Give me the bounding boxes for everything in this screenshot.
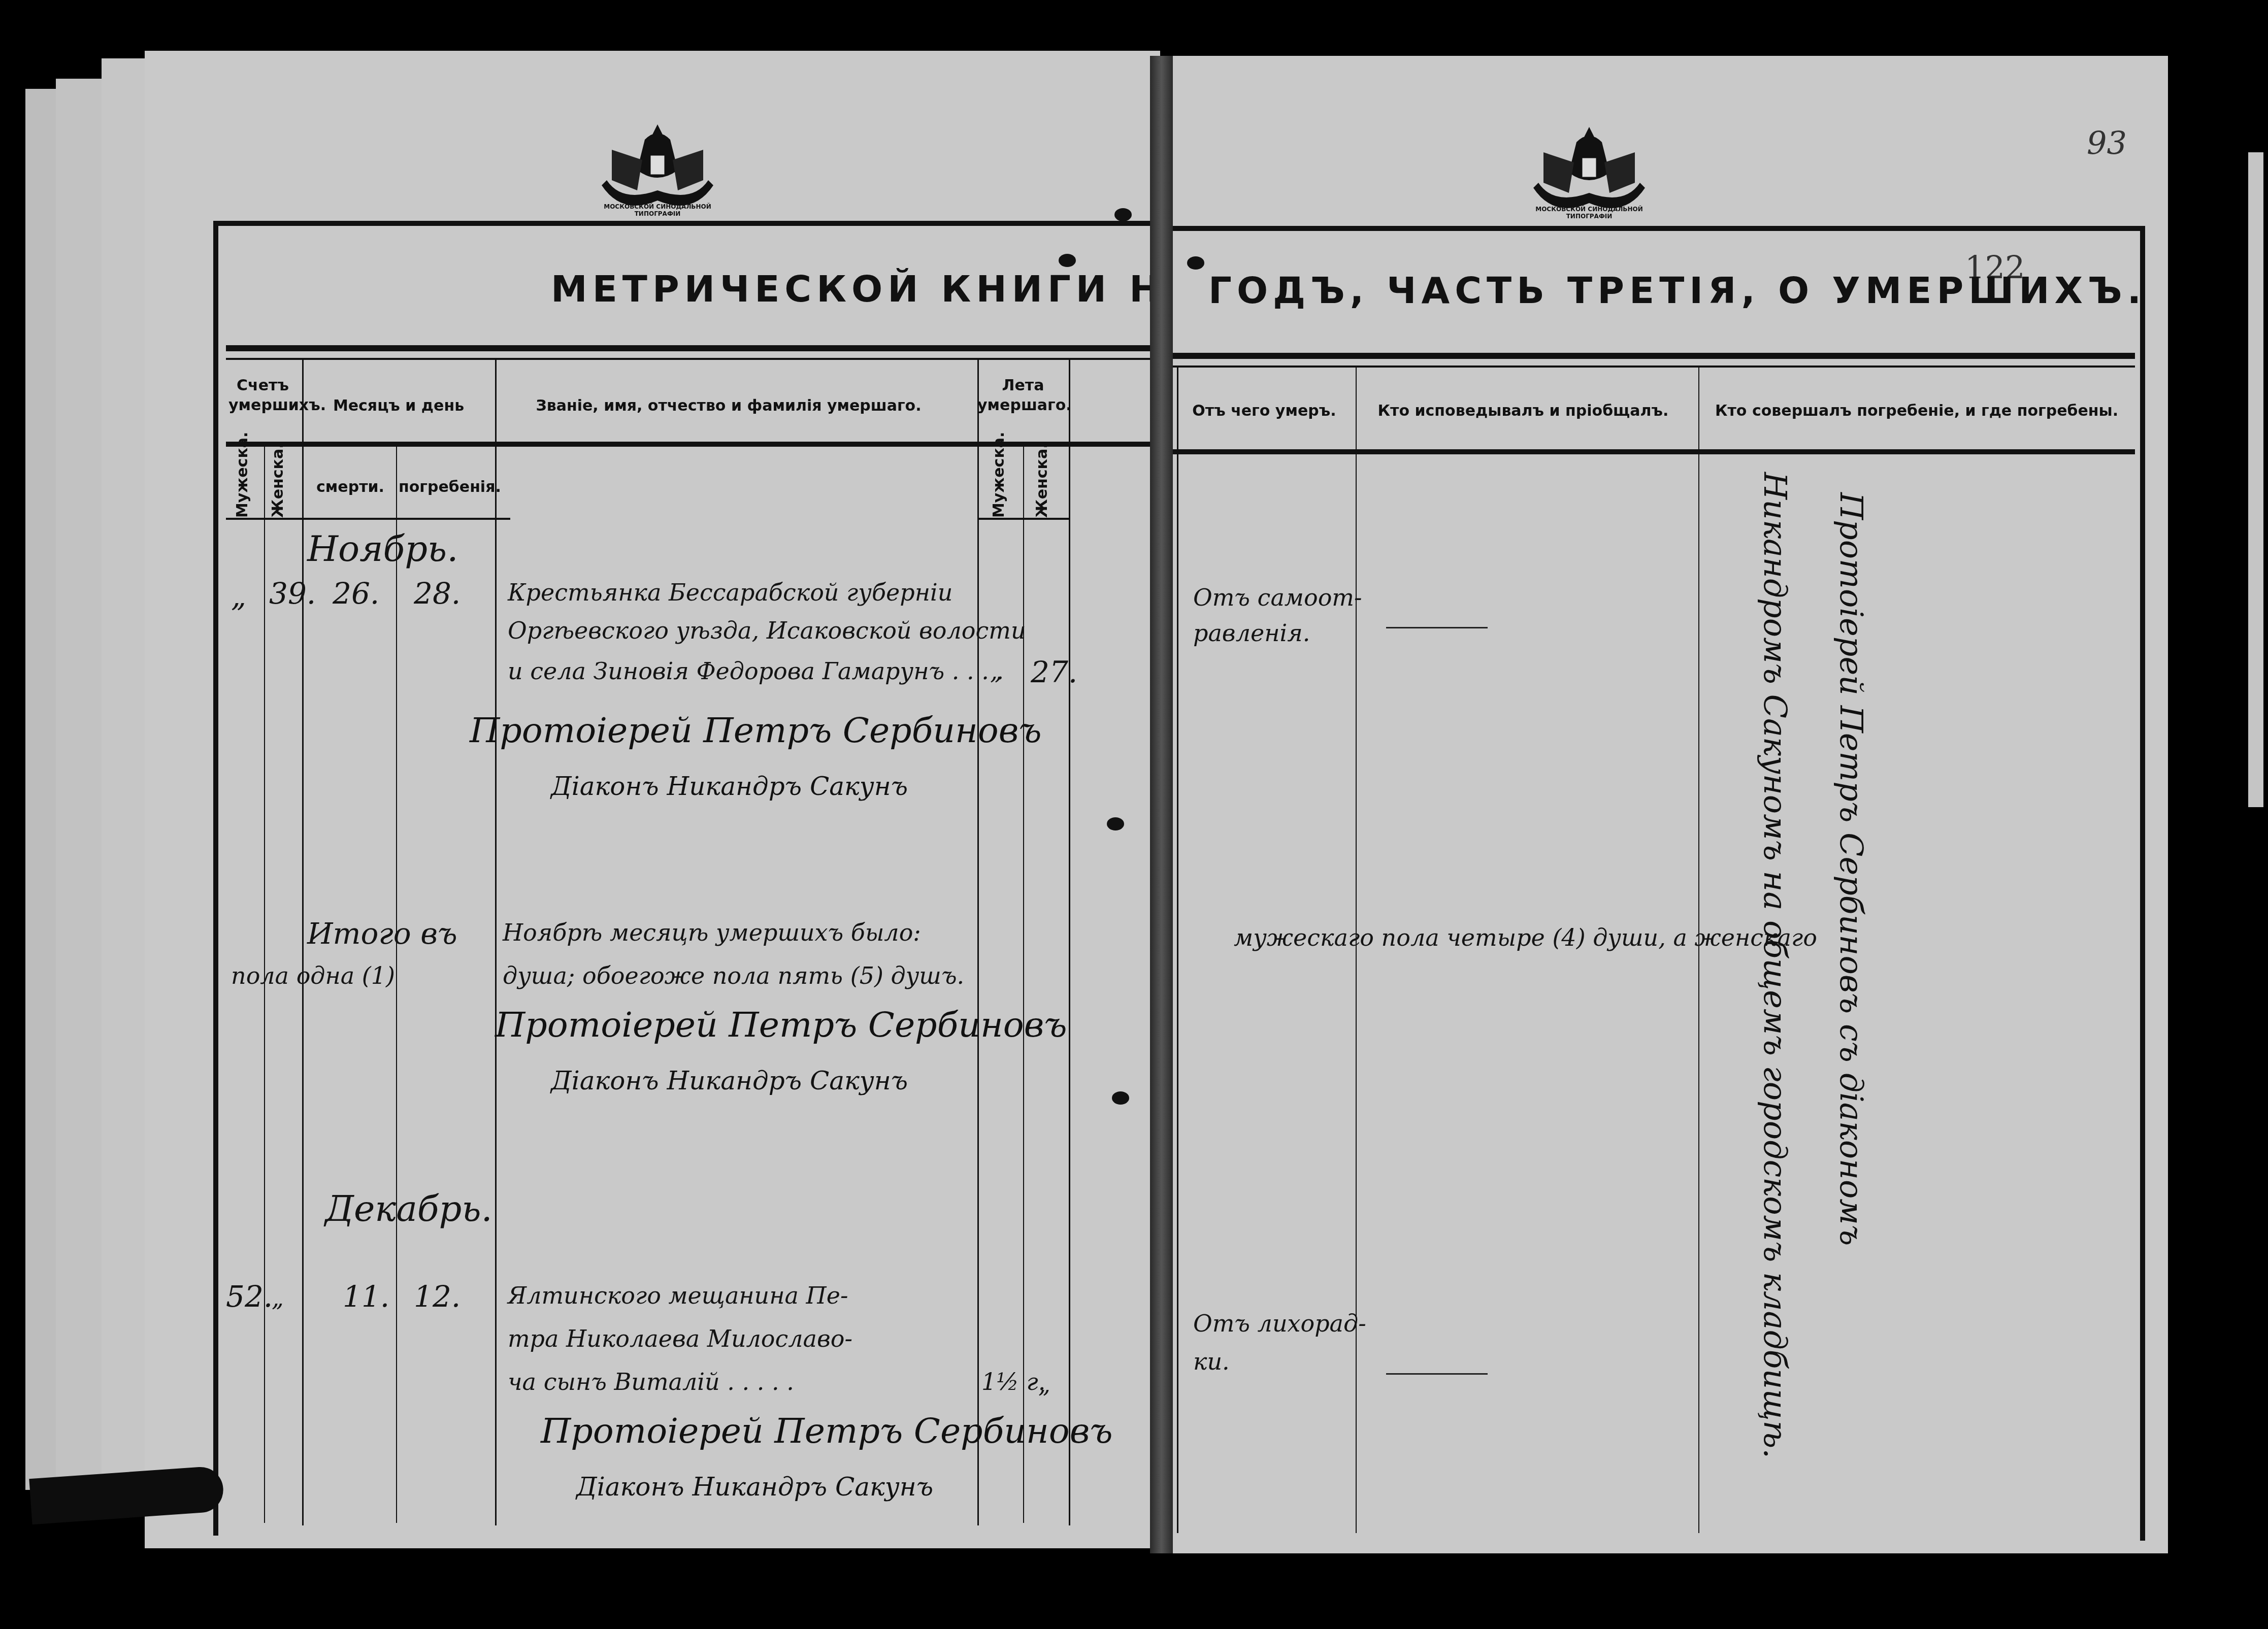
header-rule bbox=[226, 345, 1180, 351]
entry-2-signature-deacon: Діаконъ Никандръ Сакунъ bbox=[576, 1472, 933, 1502]
entry-1-count-female: 39. bbox=[269, 576, 316, 611]
entry-1-cause-line-2: равленія. bbox=[1193, 619, 1310, 647]
entry-2-cause-line-2: ки. bbox=[1193, 1348, 1230, 1375]
imperial-eagle-crest-icon bbox=[1528, 122, 1650, 218]
col-header-cause: Отъ чего умеръ. bbox=[1183, 401, 1345, 421]
binding-stitch bbox=[1112, 1091, 1129, 1105]
col-header-confessor: Кто исповедывалъ и пріобщалъ. bbox=[1361, 401, 1686, 421]
entry-1-count-male: „ bbox=[231, 579, 246, 613]
entry-2-signature-priest: Протоіерей Петръ Сербиновъ bbox=[541, 1411, 1113, 1451]
header-rule-thin bbox=[226, 358, 1180, 360]
col-header-age-female: Женска. bbox=[1033, 452, 1051, 518]
entry-1-month: Ноябрь. bbox=[307, 528, 458, 570]
col-header-age: Лета умершаго. bbox=[977, 376, 1069, 415]
entry-2-identity-line-1: Ялтинского мещанина Пе- bbox=[508, 1282, 848, 1309]
col-line bbox=[1023, 447, 1024, 1523]
right-page: МОСКОВСКОЙ СИНОДАЛЬНОЙ ТИПОГРАФІИ 122 ГО… bbox=[1173, 56, 2168, 1553]
entry-2-burial-day: 12. bbox=[414, 1279, 461, 1314]
binding-stitch bbox=[1114, 208, 1132, 221]
entry-1-identity-line-2: Оргѣевского уѣзда, Исаковской волости bbox=[508, 617, 1026, 644]
crest-ribbon-text: МОСКОВСКОЙ СИНОДАЛЬНОЙ ТИПОГРАФІИ bbox=[591, 203, 724, 217]
entry-2-age-female: „ bbox=[1038, 1371, 1050, 1398]
col-header-count: Счетъ умершихъ. bbox=[228, 376, 297, 415]
col-header-burial-by: Кто совершалъ погребеніе, и где погребен… bbox=[1701, 401, 2132, 421]
total-signature-priest: Протоіерей Петръ Сербиновъ bbox=[495, 1005, 1067, 1045]
col-header-count-female: Женска. bbox=[269, 452, 287, 518]
col-header-burial: погребенія. bbox=[399, 477, 490, 497]
subheader-bottom-rule bbox=[226, 518, 510, 520]
binding-stitch bbox=[1107, 817, 1124, 830]
total-signature-deacon: Діаконъ Никандръ Сакунъ bbox=[551, 1066, 908, 1095]
col-header-identity: Званіе, имя, отчество и фамилія умершаго… bbox=[500, 396, 957, 416]
crest-ribbon-text: МОСКОВСКОЙ СИНОДАЛЬНОЙ ТИПОГРАФІИ bbox=[1523, 206, 1655, 220]
entry-1-burial-day: 28. bbox=[414, 576, 461, 611]
total-line-2-main: душа; обоегоже пола пять (5) душъ. bbox=[503, 962, 964, 989]
col-line bbox=[495, 358, 497, 1525]
col-header-count-male: Мужеска. bbox=[234, 452, 251, 518]
entry-1-signature-deacon: Діаконъ Никандръ Сакунъ bbox=[551, 772, 908, 801]
entry-1-identity-line-1: Крестьянка Бессарабской губерніи bbox=[508, 579, 952, 606]
col-header-death: смерти. bbox=[307, 477, 393, 497]
entry-1-cause-line-1: Отъ самоот- bbox=[1193, 584, 1362, 611]
entry-2-identity-line-3: ча сынъ Виталій . . . . . bbox=[508, 1368, 794, 1395]
burial-by-line-2: Никандромъ Сакуномъ на общемъ городскомъ… bbox=[1757, 472, 1794, 1458]
total-line-1-right: мужескаго пола четыре (4) души, а женска… bbox=[1234, 924, 1817, 951]
total-line-1-left: Итого въ bbox=[307, 916, 457, 951]
entry-2-month: Декабрь. bbox=[325, 1188, 492, 1229]
subheader-rule bbox=[1173, 449, 2135, 454]
left-page: МОСКОВСКОЙ СИНОДАЛЬНОЙ ТИПОГРАФІИ МЕТРИЧ… bbox=[145, 51, 1160, 1548]
total-line-2-left: пола одна (1) bbox=[231, 962, 395, 989]
entry-2-count-female: „ bbox=[272, 1284, 284, 1312]
entry-1-age-male: „ bbox=[990, 657, 1002, 685]
right-table-frame bbox=[1173, 226, 2145, 1541]
header-rule bbox=[1173, 353, 2135, 359]
entry-1-identity-line-3: и села Зиновія Федорова Гамарунъ . . . . bbox=[508, 657, 1004, 685]
entry-2-identity-line-2: тра Николаева Милославо- bbox=[508, 1325, 852, 1352]
entry-1-death-day: 26. bbox=[333, 576, 379, 611]
entry-2-age-male: 1½ г. bbox=[981, 1368, 1045, 1395]
col-line bbox=[977, 358, 979, 1525]
col-line bbox=[302, 358, 304, 1525]
paper-sliver bbox=[2248, 152, 2263, 807]
entry-1-signature-priest: Протоіерей Петръ Сербиновъ bbox=[470, 711, 1042, 751]
entry-2-death-day: 11. bbox=[343, 1279, 389, 1314]
total-line-1-main: Ноябрѣ месяцѣ умершихъ было: bbox=[503, 919, 921, 946]
col-line bbox=[396, 447, 397, 1523]
burial-by-line-1: Протоіерей Петръ Сербиновъ съ діакономъ bbox=[1833, 492, 1870, 1246]
entry-2-confessor-dash bbox=[1386, 1373, 1488, 1375]
col-line bbox=[1177, 365, 1178, 1533]
imperial-eagle-crest-icon bbox=[597, 119, 718, 216]
binding-gutter bbox=[1150, 56, 1173, 1553]
entry-2-count-male: 52. bbox=[226, 1279, 273, 1314]
entry-1-age-female: 27. bbox=[1031, 655, 1077, 689]
entry-2-cause-line-1: Отъ лихорад- bbox=[1193, 1310, 1366, 1337]
entry-1-confessor-dash bbox=[1386, 627, 1488, 628]
col-line bbox=[1069, 358, 1070, 1525]
handwritten-folio-number: 93 bbox=[2087, 124, 2127, 161]
header-rule-thin bbox=[1173, 365, 2135, 368]
col-header-age-male: Мужеска. bbox=[990, 452, 1008, 518]
col-header-month-day: Месяцъ и день bbox=[307, 396, 490, 416]
